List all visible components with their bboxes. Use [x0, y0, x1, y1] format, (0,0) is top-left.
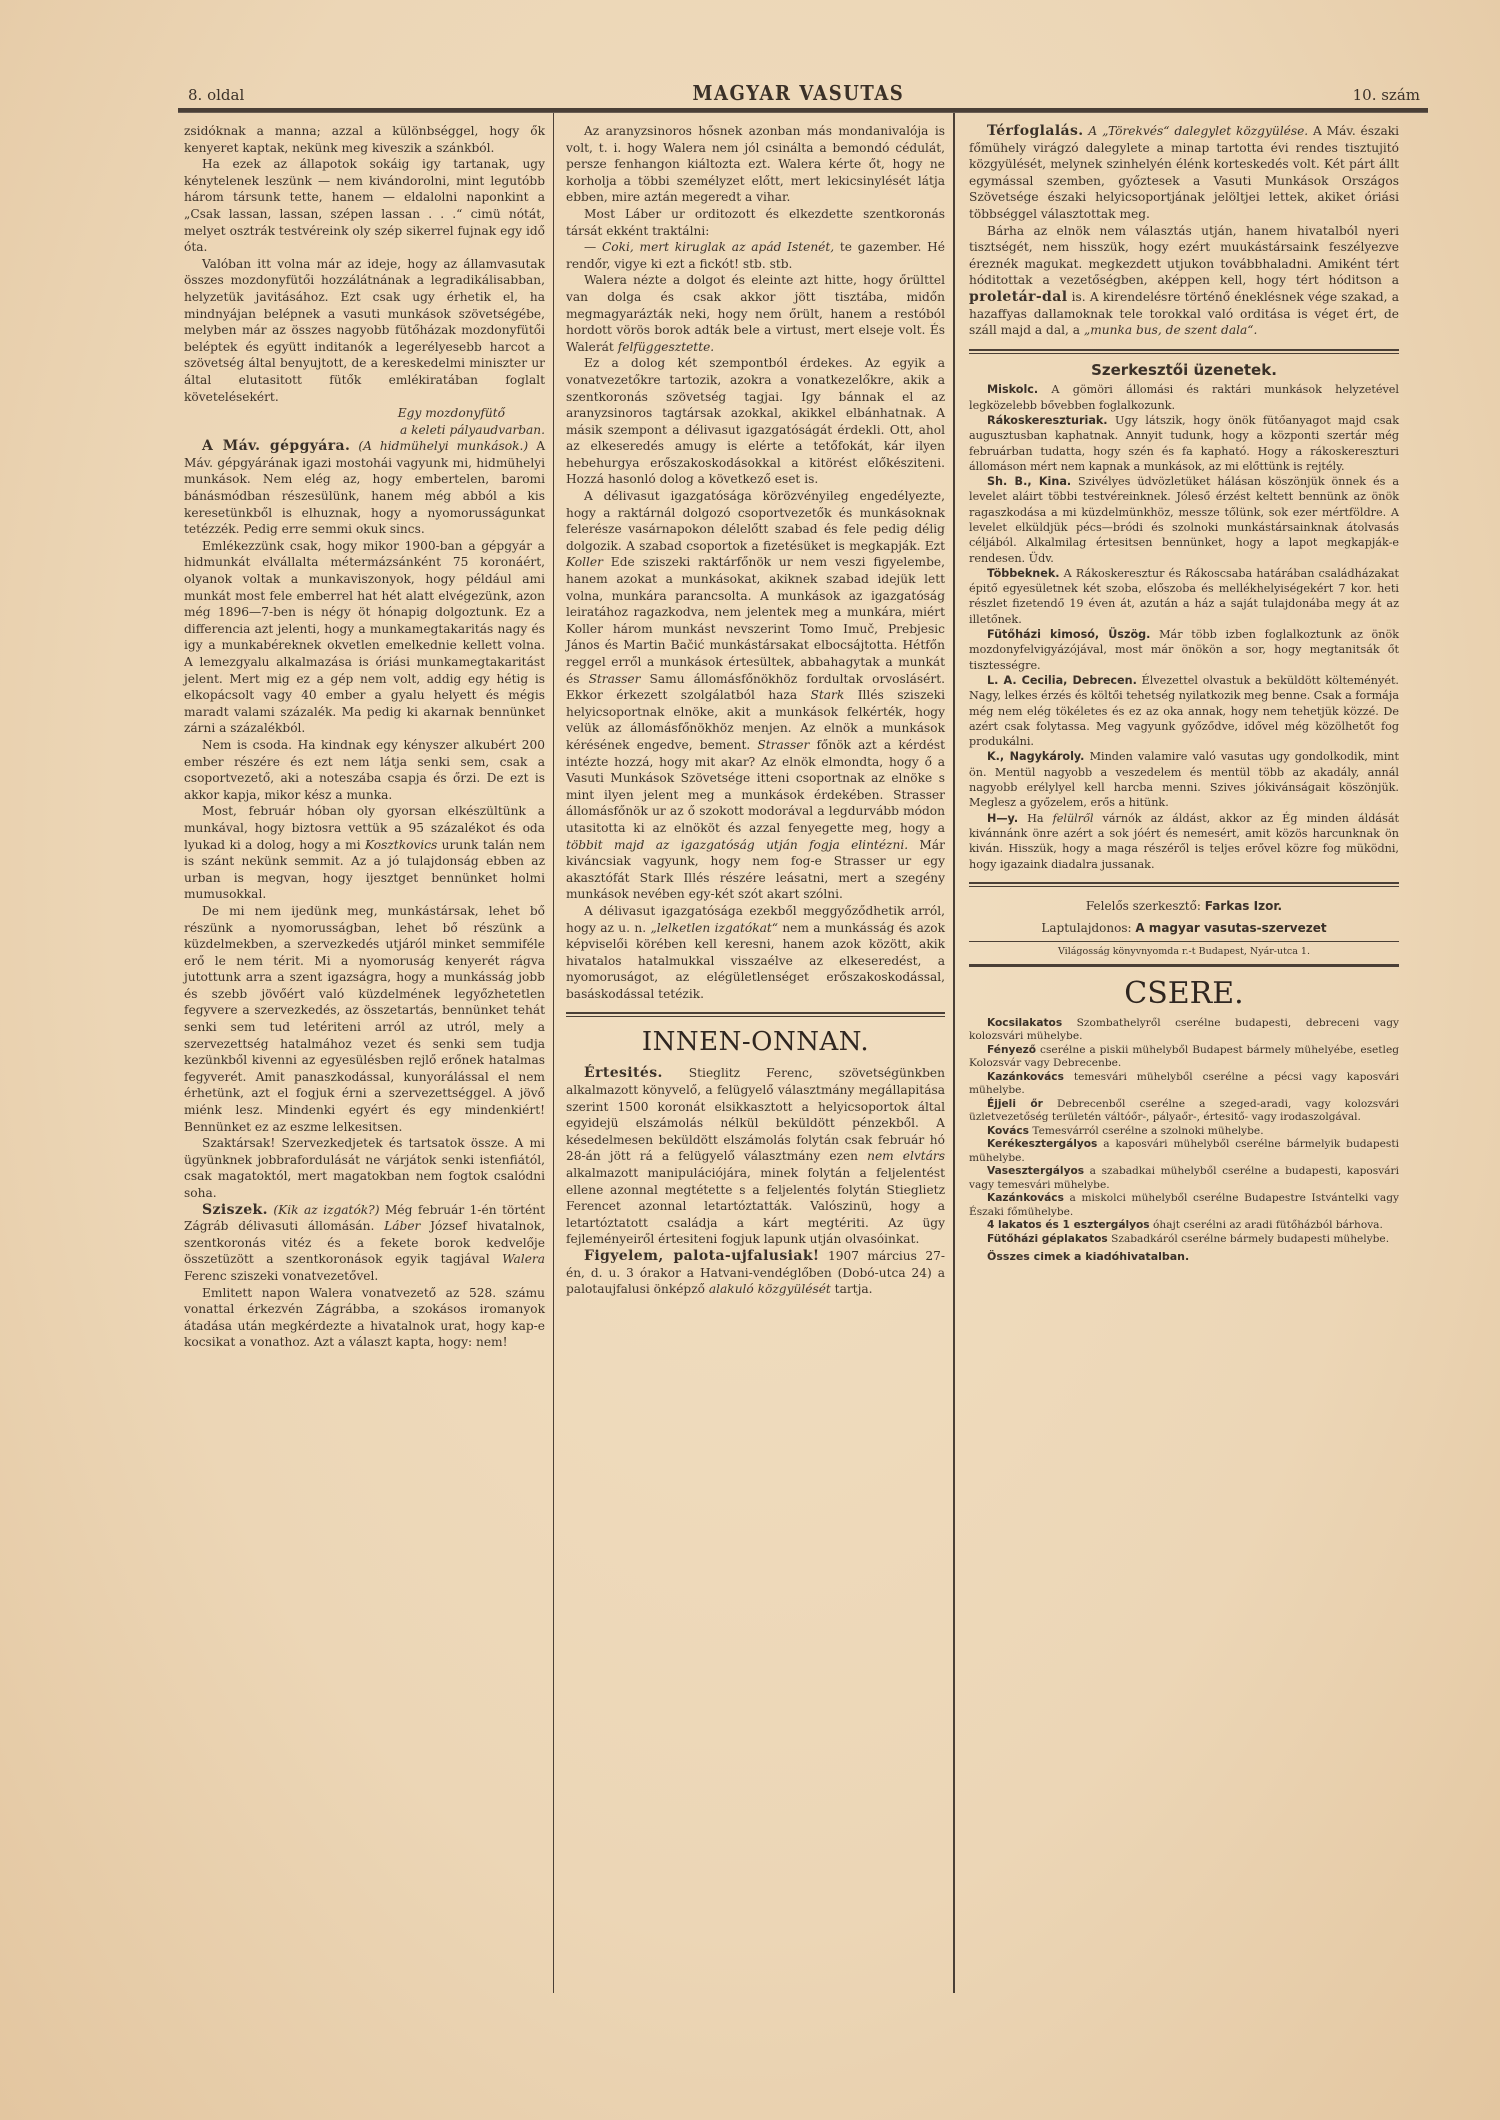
message-recipient: Rákoskereszturiak.: [987, 414, 1108, 427]
article-mav-gepgyara: A Máv. gépgyára. (A hidmühelyi munkások.…: [184, 438, 545, 538]
editorial-message: Miskolc. A gömöri állomási és raktári mu…: [969, 382, 1399, 413]
section-divider: [969, 349, 1399, 354]
notice-ertesites: Értesités. Stieglitz Ferenc, szövetségün…: [566, 1065, 945, 1248]
notice-figyelem: Figyelem, palota-ujfalusiak! 1907 márciu…: [566, 1248, 945, 1298]
paragraph: Nem is csoda. Ha kindnak egy kényszer al…: [184, 737, 545, 803]
paragraph: Most Láber ur orditozott és elkezdette s…: [566, 206, 945, 239]
message-text: Szivélyes üdvözletüket hálásan köszönjük…: [969, 475, 1399, 564]
owner-label: Laptulajdonos:: [1041, 921, 1135, 935]
closing-text: Összes cimek a kiadóhivatalban.: [969, 1250, 1399, 1264]
trade-name: 4 lakatos és 1 esztergályos: [987, 1219, 1150, 1231]
exchange-item: Éjjeli őr Debrecenből cserélne a szeged-…: [969, 1098, 1399, 1125]
emphasis: többit majd az igazgatóság utján fogja e…: [566, 838, 908, 852]
paragraph: Az aranyzsinoros hősnek azonban más mond…: [566, 123, 945, 206]
emphasis: nem elvtárs: [867, 1149, 945, 1163]
trade-name: Fényező: [987, 1044, 1036, 1056]
paragraph: Emlékezzünk csak, hogy mikor 1900-ban a …: [184, 538, 545, 737]
owner-name: A magyar vasutas-szervezet: [1135, 921, 1326, 935]
person-name: Strasser: [757, 738, 809, 752]
paragraph: Szaktársak! Szervezkedjetek és tartsatok…: [184, 1135, 545, 1201]
exchange-text: Szabadkáról cserélne bármely budapesti m…: [1108, 1233, 1389, 1245]
exchange-item: Kocsilakatos Szombathelyről cserélne bud…: [969, 1017, 1399, 1044]
editorial-message: H—y. Ha felülről várnók az áldást, akkor…: [969, 811, 1399, 872]
editorial-message: Fütőházi kimosó, Üszög. Már több izben f…: [969, 627, 1399, 673]
paragraph: — Coki, mert kiruglak az apád Istenét, t…: [566, 239, 945, 272]
page-number: 8. oldal: [188, 86, 244, 104]
section-divider: [566, 1012, 945, 1017]
paragraph: Valóban itt volna már az ideje, hogy az …: [184, 256, 545, 405]
column-right: Térfoglalás. A „Törekvés“ dalegylet közg…: [953, 113, 1405, 1993]
emphasis: felülről: [1053, 812, 1094, 825]
trade-name: Fütőházi géplakatos: [987, 1233, 1108, 1245]
column-middle: Az aranyzsinoros hősnek azonban más mond…: [553, 113, 953, 1993]
owner-line: Laptulajdonos: A magyar vasutas-szerveze…: [969, 917, 1399, 939]
newspaper-title: MAGYAR VASUTAS: [693, 81, 905, 105]
trade-name: Kocsilakatos: [987, 1017, 1062, 1029]
quote: „lelketlen izgatókat“: [650, 921, 778, 935]
text: tartja.: [831, 1282, 873, 1296]
article-heading: Térfoglalás.: [987, 123, 1084, 139]
paragraph: A délivasut igazgatósága ezekből meggyőz…: [566, 903, 945, 1003]
editorial-message: Rákoskereszturiak. Ugy látszik, hogy önö…: [969, 413, 1399, 474]
exchange-item: Kazánkovács a miskolci mühelyből cseréln…: [969, 1192, 1399, 1219]
text: Ferenc sziszeki vonatvezetővel.: [184, 1269, 378, 1283]
exchange-item: Fütőházi géplakatos Szabadkáról cserélne…: [969, 1233, 1399, 1247]
text: főnök azt a kérdést intézte hozzá, hogy …: [566, 738, 945, 835]
notice-heading: Figyelem, palota-ujfalusiak!: [584, 1248, 819, 1264]
text: alkalmazott manipulációjára, minek folyt…: [566, 1166, 945, 1246]
column-left: zsidóknak a manna; azzal a különbséggel,…: [178, 113, 553, 1993]
exchange-text: Temesvárról cserélne a szolnoki mühelybe…: [1029, 1125, 1264, 1137]
paragraph: Most, február hóban oly gyorsan elkészül…: [184, 803, 545, 903]
paragraph: zsidóknak a manna; azzal a különbséggel,…: [184, 123, 545, 156]
paragraph: Emlitett napon Walera vonatvezető az 528…: [184, 1285, 545, 1351]
closing-note: Összes cimek a kiadóhivatalban.: [969, 1250, 1399, 1264]
person-name: Koller: [566, 555, 603, 569]
trade-name: Kazánkovács: [987, 1192, 1064, 1204]
article-subheading: (Kik az izgatók?): [273, 1203, 379, 1217]
paragraph: Ha ezek az állapotok sokáig igy tartanak…: [184, 156, 545, 256]
section-divider: [969, 882, 1399, 887]
message-recipient: H—y.: [987, 812, 1018, 825]
message-recipient: Sh. B., Kina.: [987, 475, 1071, 488]
text: Ede sziszeki raktárfőnök ur nem veszi fi…: [566, 555, 945, 685]
issue-number: 10. szám: [1353, 86, 1420, 104]
emphasis: felfüggesztette.: [618, 340, 714, 354]
article-sziszek: Sziszek. (Kik az izgatók?) Még február 1…: [184, 1202, 545, 1285]
person-name: Láber: [384, 1219, 420, 1233]
exchange-item: Kovács Temesvárról cserélne a szolnoki m…: [969, 1125, 1399, 1139]
imprint: Felelős szerkesztő: Farkas Izor. Laptula…: [969, 895, 1399, 960]
section-title-szerkesztoi-uzenetek: Szerkesztői üzenetek.: [969, 362, 1399, 379]
columns: zsidóknak a manna; azzal a különbséggel,…: [178, 113, 1428, 1993]
divider: [969, 941, 1399, 942]
trade-name: Kazánkovács: [987, 1071, 1064, 1083]
quote: — Coki, mert kiruglak az apád Istenét,: [584, 240, 834, 254]
message-recipient: Miskolc.: [987, 383, 1038, 396]
editorial-message: Többeknek. A Rákoskeresztur és Rákoscsab…: [969, 566, 1399, 627]
paragraph: De mi nem ijedünk meg, munkástársak, leh…: [184, 903, 545, 1135]
section-title-innen-onnan: INNEN-ONNAN.: [566, 1025, 945, 1059]
trade-name: Vasesztergályos: [987, 1165, 1084, 1177]
editorial-message: K., Nagykároly. Minden valamire való vas…: [969, 749, 1399, 810]
editorial-message: Sh. B., Kina. Szivélyes üdvözletüket hál…: [969, 474, 1399, 566]
text: A délivasut igazgatósága körözvényileg e…: [566, 489, 945, 553]
article-terfoglalas: Térfoglalás. A „Törekvés“ dalegylet közg…: [969, 123, 1399, 223]
quote: „munka bus, de szent dala“.: [1084, 323, 1257, 337]
exchange-item: Kerékesztergályos a kaposvári mühelyből …: [969, 1138, 1399, 1165]
article-subheading: (A hidmühelyi munkások.): [358, 439, 528, 453]
person-name: Strasser: [589, 672, 641, 686]
emphasis: proletár-dal: [969, 289, 1067, 305]
paragraph: Ez a dolog két szempontból érdekes. Az e…: [566, 355, 945, 488]
message-recipient: K., Nagykároly.: [987, 750, 1084, 763]
article-heading: A Máv. gépgyára.: [202, 438, 350, 454]
section-divider: [969, 964, 1399, 967]
editor-name: Farkas Izor.: [1205, 899, 1282, 913]
message-recipient: Többeknek.: [987, 567, 1060, 580]
emphasis: alakuló közgyülését: [709, 1282, 831, 1296]
editor-label: Felelős szerkesztő:: [1086, 899, 1205, 913]
exchange-item: 4 lakatos és 1 esztergályos óhajt cserél…: [969, 1219, 1399, 1233]
printer-line: Világosság könyvnyomda r.-t Budapest, Ny…: [969, 944, 1399, 960]
article-subheading: A „Törekvés“ dalegylet közgyülése.: [1084, 124, 1309, 138]
editorial-message: L. A. Cecilia, Debrecen. Élvezettel olva…: [969, 673, 1399, 749]
paragraph: Walera nézte a dolgot és eleinte azt hit…: [566, 272, 945, 355]
person-name: Kosztkovics: [365, 838, 437, 852]
trade-name: Kovács: [987, 1125, 1029, 1137]
text: Bárha az elnök nem választás utján, hane…: [969, 224, 1399, 288]
signature-line-2: a keleti pályaudvarban.: [184, 422, 545, 439]
person-name: Stark: [811, 688, 845, 702]
text: Ha: [1018, 812, 1053, 825]
message-recipient: Fütőházi kimosó, Üszög.: [987, 628, 1150, 641]
exchange-item: Vasesztergályos a szabadkai mühelyből cs…: [969, 1165, 1399, 1192]
editorial-messages: Miskolc. A gömöri állomási és raktári mu…: [969, 382, 1399, 872]
exchange-item: Kazánkovács temesvári mühelyből cserélne…: [969, 1071, 1399, 1098]
exchange-item: Fényező cserélne a piskii mühelyből Buda…: [969, 1044, 1399, 1071]
exchange-text: óhajt cserélni az aradi fütőházból bárho…: [1150, 1219, 1383, 1231]
person-name: Walera: [502, 1252, 545, 1266]
notice-heading: Értesités.: [584, 1065, 663, 1081]
masthead: 8. oldal MAGYAR VASUTAS 10. szám: [178, 78, 1428, 108]
editor-line: Felelős szerkesztő: Farkas Izor.: [969, 895, 1399, 917]
section-title-csere: CSERE.: [969, 975, 1399, 1013]
trade-name: Éjjeli őr: [987, 1098, 1043, 1110]
paragraph: Bárha az elnök nem választás utján, hane…: [969, 223, 1399, 339]
newspaper-page: 8. oldal MAGYAR VASUTAS 10. szám zsidókn…: [178, 78, 1428, 1993]
signature-line-1: Egy mozdonyfütő: [184, 405, 545, 422]
article-heading: Sziszek.: [202, 1202, 268, 1218]
message-recipient: L. A. Cecilia, Debrecen.: [987, 674, 1137, 687]
exchange-list: Kocsilakatos Szombathelyről cserélne bud…: [969, 1017, 1399, 1247]
paragraph: A délivasut igazgatósága körözvényileg e…: [566, 488, 945, 903]
trade-name: Kerékesztergályos: [987, 1138, 1097, 1150]
